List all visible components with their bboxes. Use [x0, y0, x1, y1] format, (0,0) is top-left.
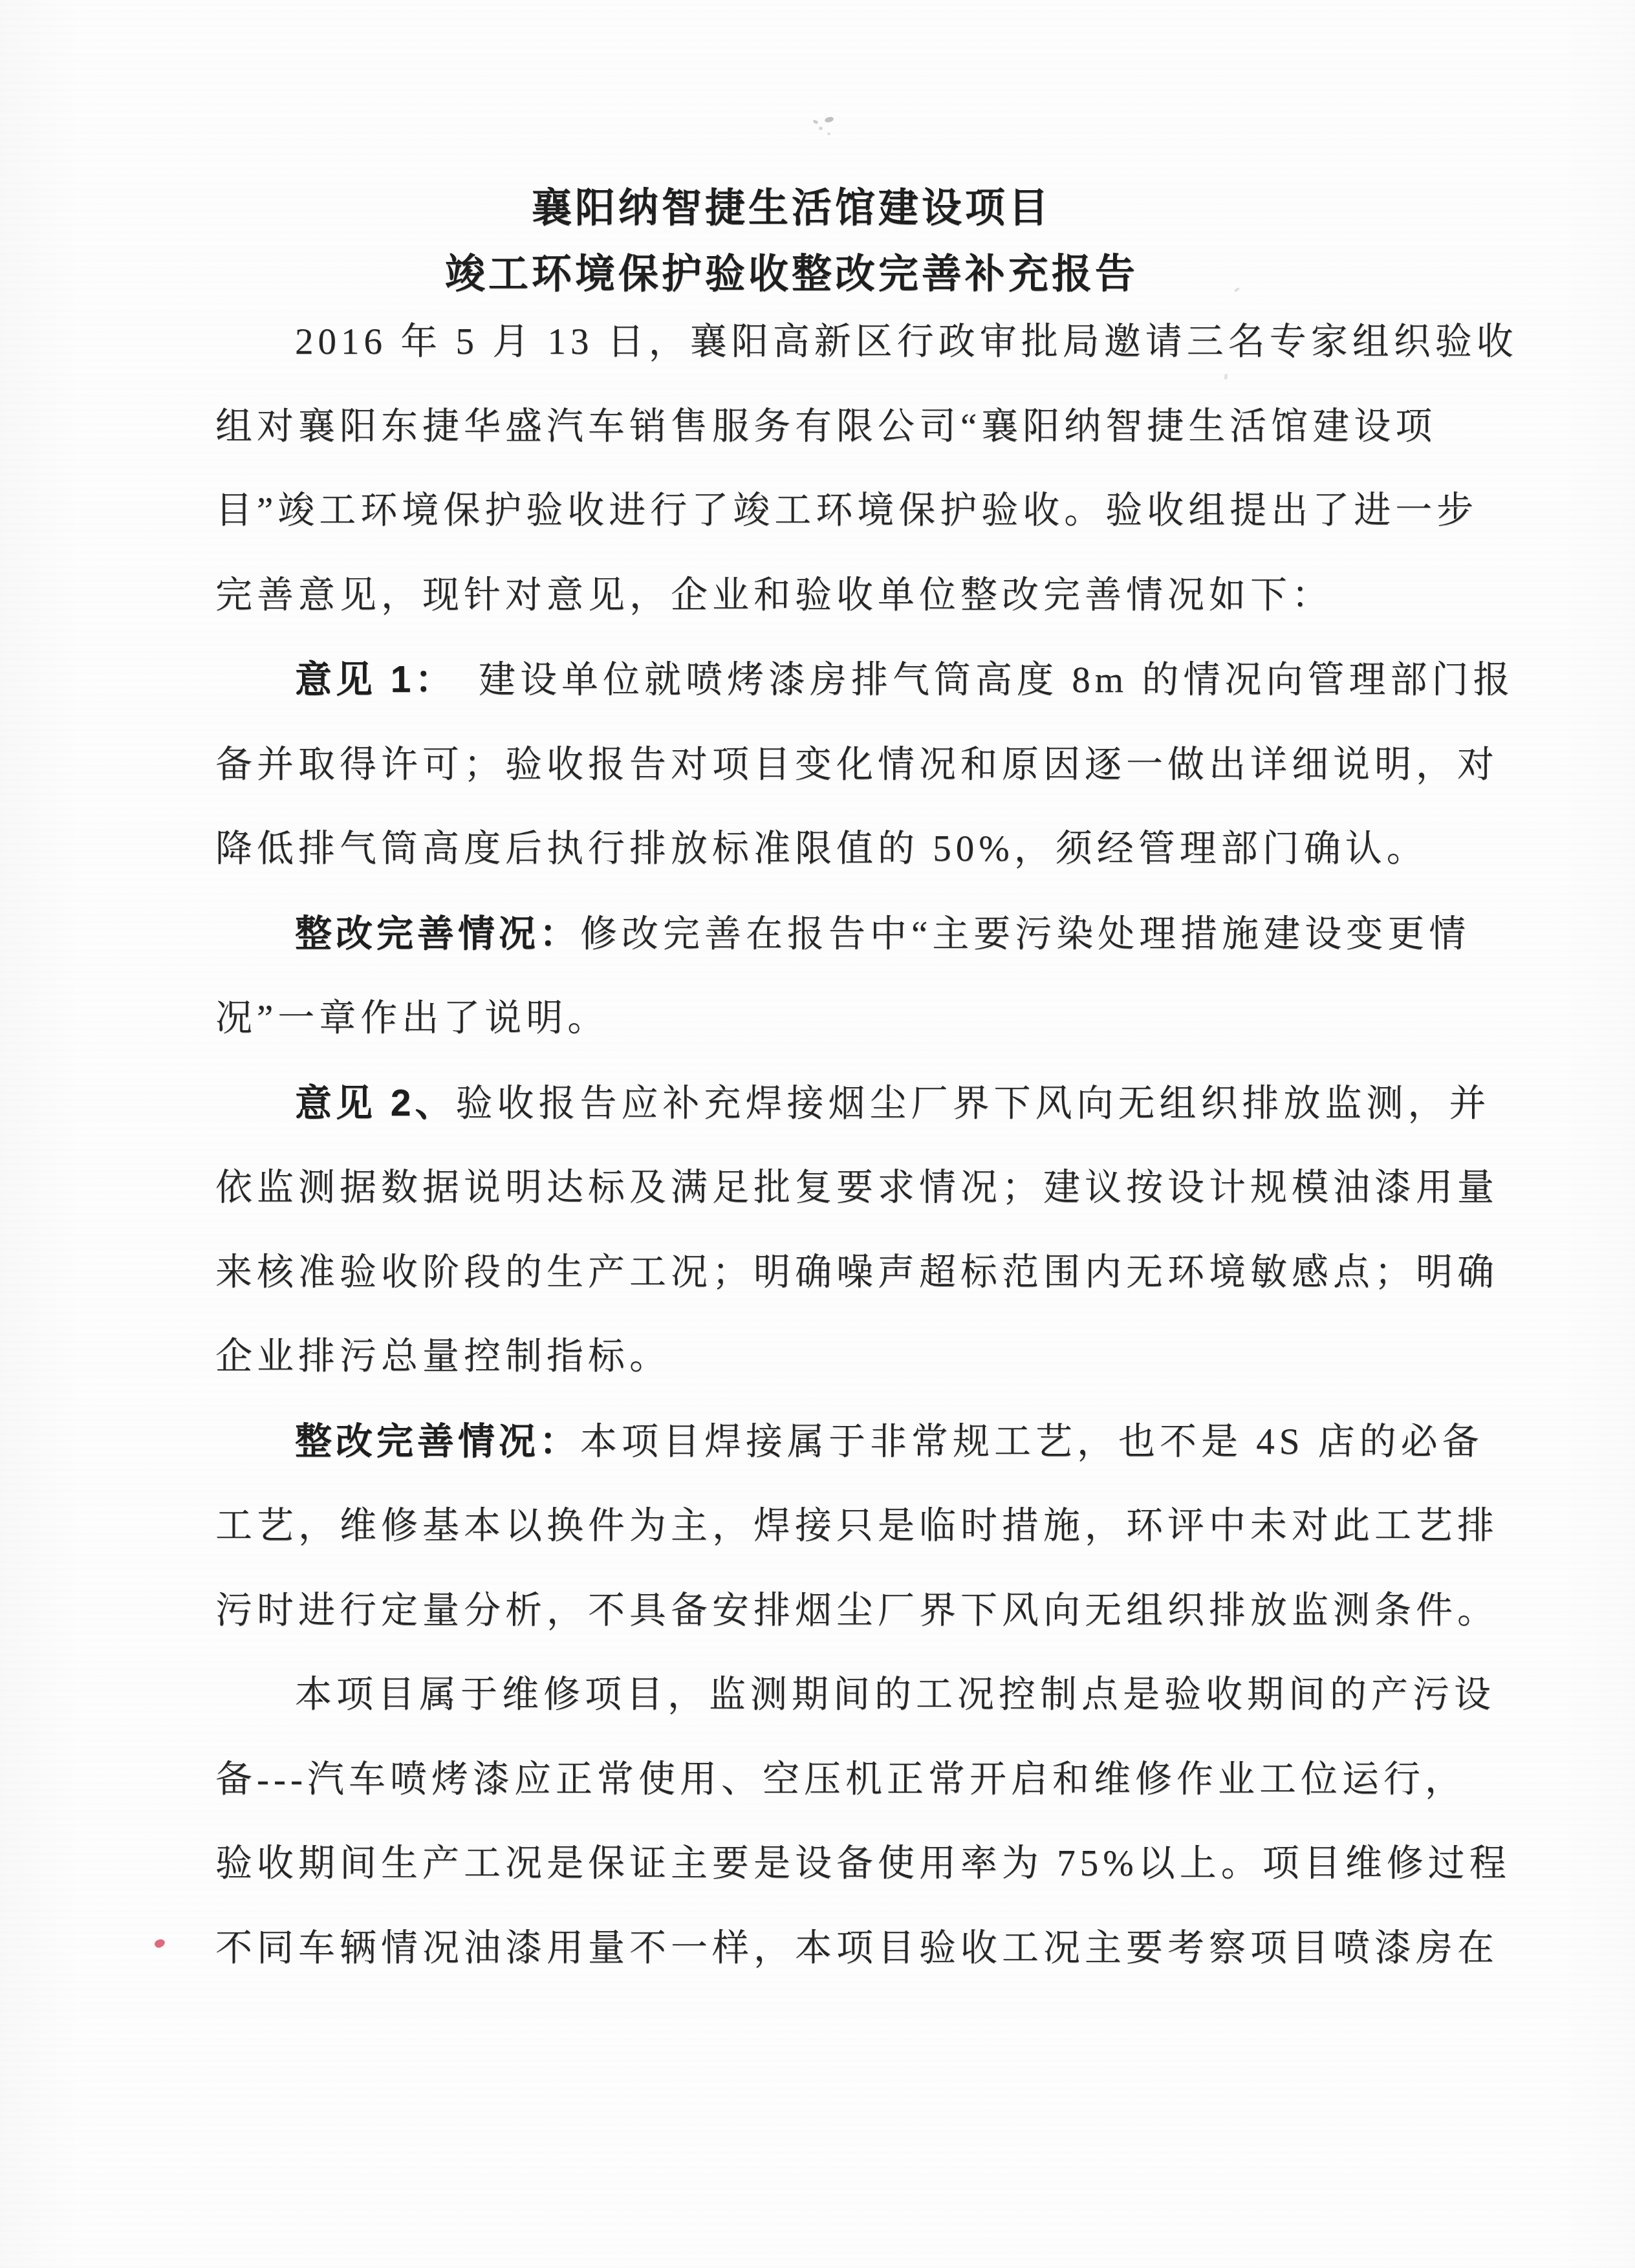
line-text: 来核准验收阶段的生产工况；明确噪声超标范围内无环境敏感点；明确 — [215, 1252, 1499, 1293]
line-text: 修改完善在报告中“主要污染处理措施建设变更情 — [580, 914, 1470, 955]
rectification-1-label: 整改完善情况： — [295, 913, 580, 955]
body-line: 企业排污总量控制指标。 — [215, 1315, 1418, 1399]
body-line: 况”一章作出了说明。 — [215, 977, 1418, 1061]
body-line: 组对襄阳东捷华盛汽车销售服务有限公司“襄阳纳智捷生活馆建设项 — [215, 385, 1418, 470]
body-line: 本项目属于维修项目，监测期间的工况控制点是验收期间的产污设 — [215, 1653, 1418, 1738]
red-ink-dot — [153, 1938, 166, 1949]
line-text: 本项目焊接属于非常规工艺，也不是 4S 店的必备 — [580, 1421, 1484, 1462]
line-text: 2016 年 5 月 13 日，襄阳高新区行政审批局邀请三名专家组织验收 — [295, 321, 1518, 362]
body-line: 来核准验收阶段的生产工况；明确噪声超标范围内无环境敏感点；明确 — [215, 1231, 1418, 1315]
body-line: 工艺，维修基本以换件为主，焊接只是临时措施，环评中未对此工艺排 — [215, 1484, 1418, 1569]
scan-smudge-mark — [827, 133, 830, 135]
body-line: 意见 1： 建设单位就喷烤漆房排气筒高度 8m 的情况向管理部门报 — [215, 638, 1418, 723]
document-title-line-2: 竣工环境保护验收整改完善补充报告 — [215, 242, 1368, 299]
document-body: 2016 年 5 月 13 日，襄阳高新区行政审批局邀请三名专家组织验收 组对襄… — [215, 300, 1418, 1991]
line-text: 验收期间生产工况是保证主要是设备使用率为 75%以上。项目维修过程 — [215, 1843, 1511, 1884]
body-line: 整改完善情况：本项目焊接属于非常规工艺，也不是 4S 店的必备 — [215, 1399, 1418, 1485]
line-text: 工艺，维修基本以换件为主，焊接只是临时措施，环评中未对此工艺排 — [215, 1506, 1499, 1546]
line-text: 况”一章作出了说明。 — [215, 998, 609, 1039]
scan-smudge-mark — [819, 127, 823, 130]
line-text: 污时进行定量分析，不具备安排烟尘厂界下风向无组织排放监测条件。 — [215, 1590, 1499, 1631]
body-line: 备并取得许可；验收报告对项目变化情况和原因逐一做出详细说明，对 — [215, 723, 1418, 808]
body-line: 降低排气筒高度后执行排放标准限值的 50%，须经管理部门确认。 — [215, 807, 1418, 892]
scan-smudge-mark — [812, 120, 818, 125]
scan-smudge-mark — [824, 116, 834, 123]
body-line: 污时进行定量分析，不具备安排烟尘厂界下风向无组织排放监测条件。 — [215, 1569, 1418, 1654]
body-line: 依监测据数据说明达标及满足批复要求情况；建议按设计规模油漆用量 — [215, 1146, 1418, 1231]
opinion-1-label: 意见 1： — [295, 659, 437, 700]
line-text: 降低排气筒高度后执行排放标准限值的 50%，须经管理部门确认。 — [215, 828, 1428, 869]
line-text: 本项目属于维修项目，监测期间的工况控制点是验收期间的产污设 — [295, 1674, 1495, 1715]
line-text: 建设单位就喷烤漆房排气筒高度 8m 的情况向管理部门报 — [437, 660, 1514, 700]
body-line: 验收期间生产工况是保证主要是设备使用率为 75%以上。项目维修过程 — [215, 1822, 1418, 1906]
body-line: 意见 2、验收报告应补充焊接烟尘厂界下风向无组织排放监测，并 — [215, 1061, 1418, 1147]
line-text: 企业排污总量控制指标。 — [215, 1336, 671, 1377]
line-text: 目”竣工环境保护验收进行了竣工环境保护验收。验收组提出了进一步 — [215, 490, 1478, 531]
body-line: 完善意见，现针对意见，企业和验收单位整改完善情况如下： — [215, 554, 1418, 638]
line-text: 备---汽车喷烤漆应正常使用、空压机正常开启和维修作业工位运行， — [215, 1759, 1466, 1800]
document-title-line-1: 襄阳纳智捷生活馆建设项目 — [215, 176, 1368, 233]
line-text: 验收报告应补充焊接烟尘厂界下风向无组织排放监测，并 — [456, 1083, 1491, 1124]
body-line: 不同车辆情况油漆用量不一样，本项目验收工况主要考察项目喷漆房在 — [215, 1906, 1418, 1991]
document-page: 襄阳纳智捷生活馆建设项目 竣工环境保护验收整改完善补充报告 2016 年 5 月… — [0, 0, 1635, 2268]
line-text: 不同车辆情况油漆用量不一样，本项目验收工况主要考察项目喷漆房在 — [215, 1928, 1499, 1969]
body-line: 整改完善情况：修改完善在报告中“主要污染处理措施建设变更情 — [215, 892, 1418, 977]
body-line: 2016 年 5 月 13 日，襄阳高新区行政审批局邀请三名专家组织验收 — [215, 300, 1418, 385]
body-line: 备---汽车喷烤漆应正常使用、空压机正常开启和维修作业工位运行， — [215, 1738, 1418, 1822]
line-text: 完善意见，现针对意见，企业和验收单位整改完善情况如下： — [215, 575, 1333, 616]
body-line: 目”竣工环境保护验收进行了竣工环境保护验收。验收组提出了进一步 — [215, 469, 1418, 554]
opinion-2-label: 意见 2、 — [295, 1083, 456, 1124]
line-text: 备并取得许可；验收报告对项目变化情况和原因逐一做出详细说明，对 — [215, 744, 1499, 785]
line-text: 组对襄阳东捷华盛汽车销售服务有限公司“襄阳纳智捷生活馆建设项 — [215, 406, 1436, 447]
rectification-2-label: 整改完善情况： — [295, 1421, 580, 1462]
line-text: 依监测据数据说明达标及满足批复要求情况；建议按设计规模油漆用量 — [215, 1167, 1499, 1208]
